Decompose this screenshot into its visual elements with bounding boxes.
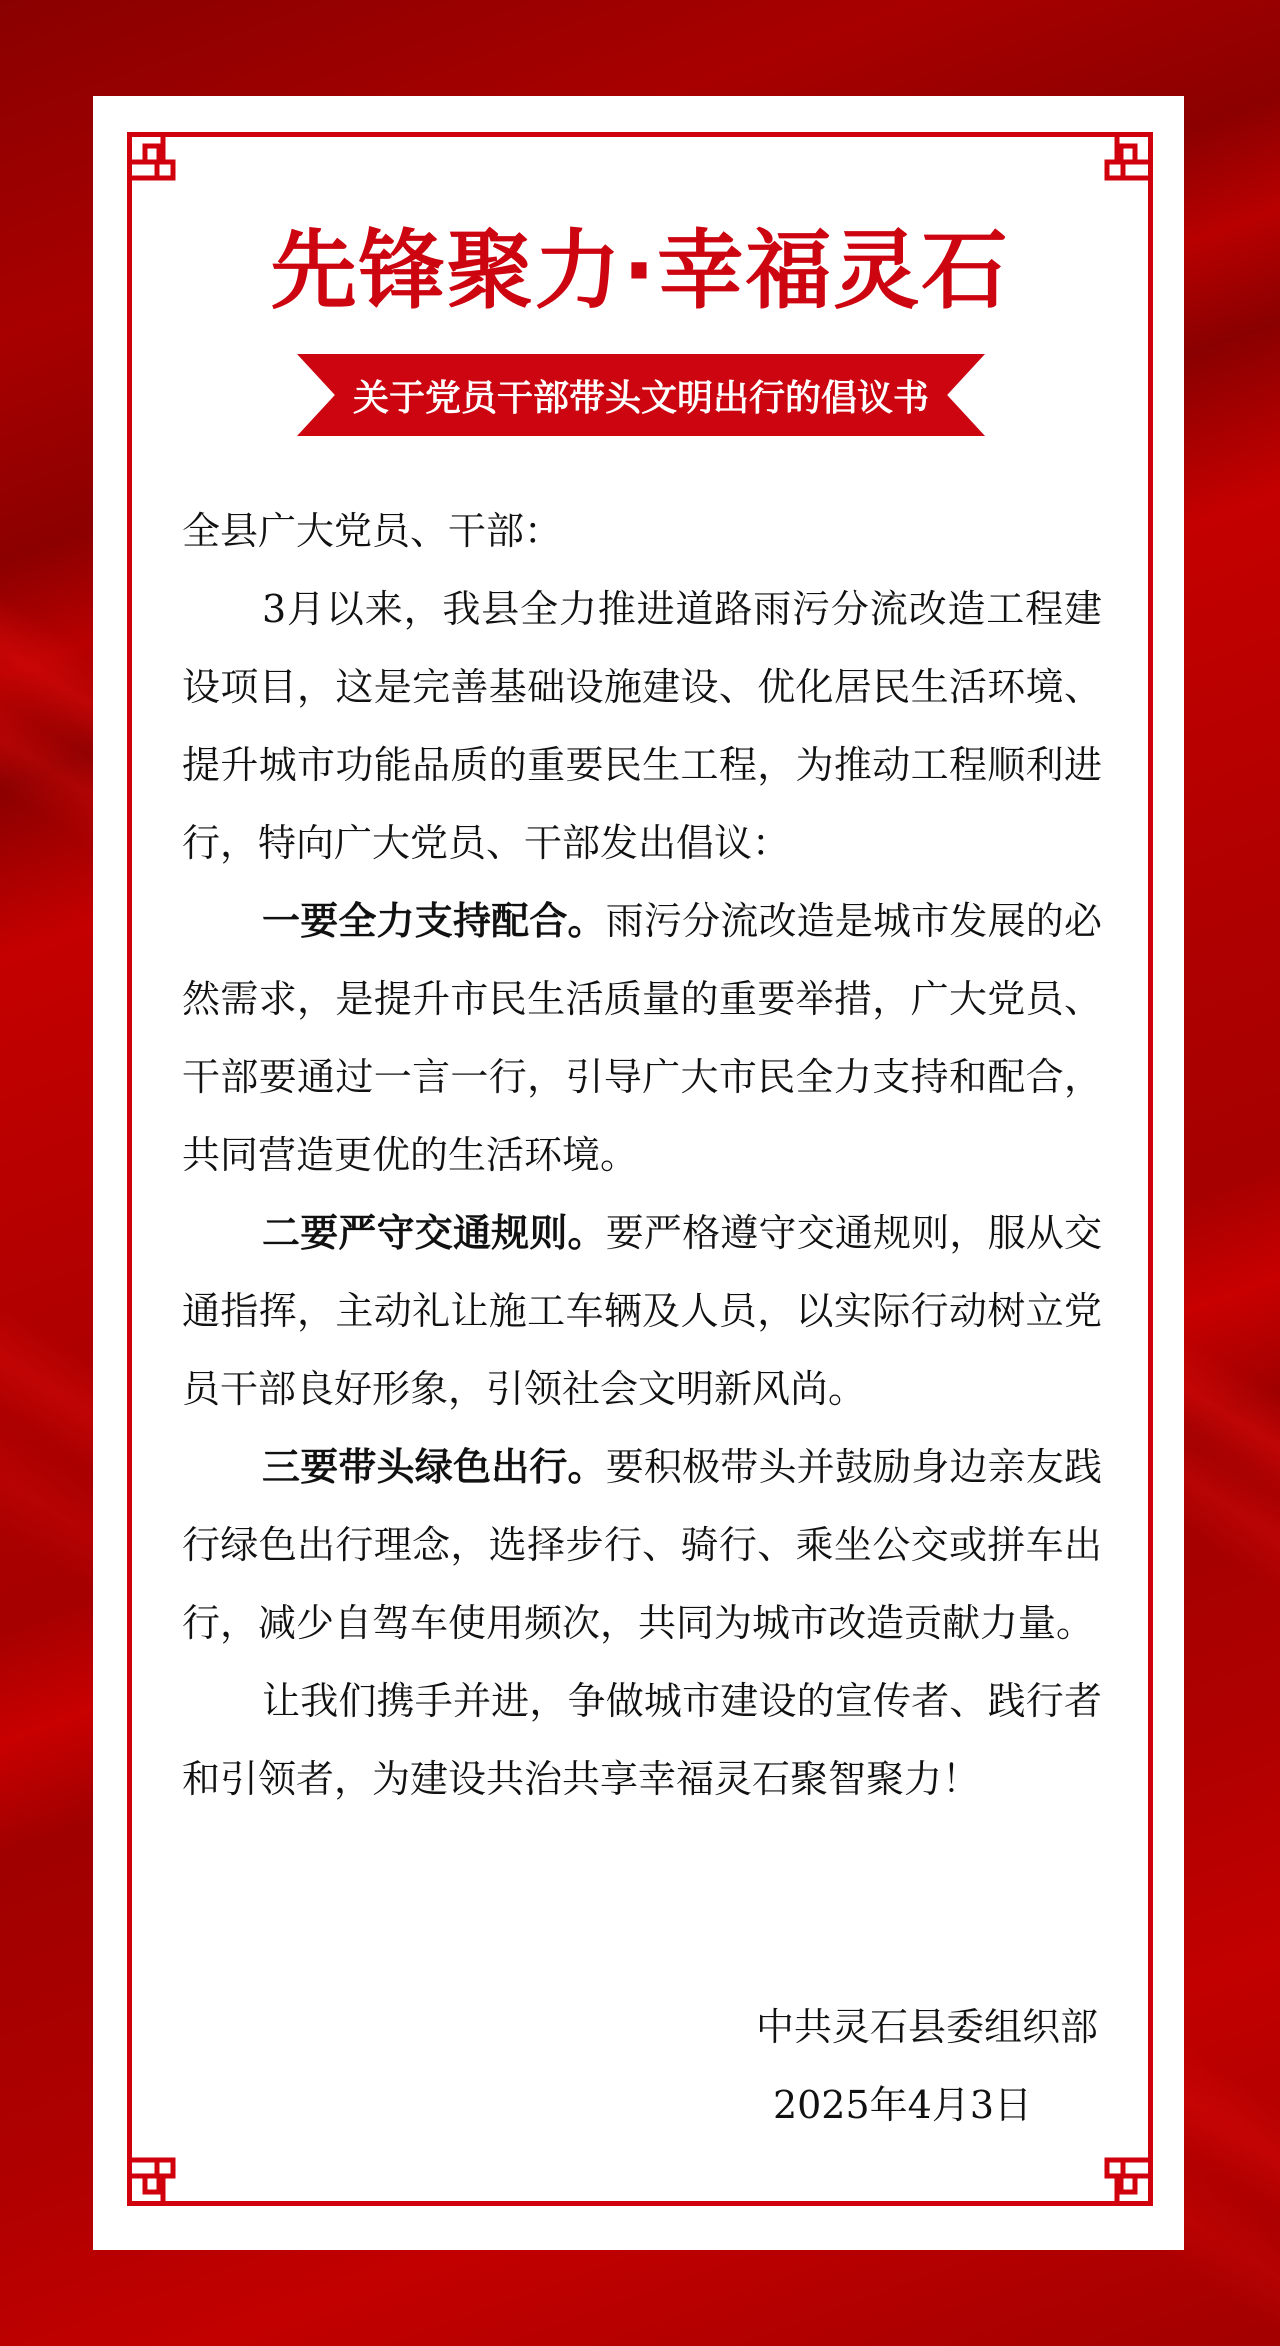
letter-body: 全县广大党员、干部： 3月以来，我县全力推进道路雨污分流改造工程建设项目，这是完… xyxy=(182,492,1102,1818)
point-heading: 三要带头绿色出行。 xyxy=(262,1445,606,1489)
signature-organization: 中共灵石县委组织部 xyxy=(756,1988,1098,2066)
subtitle-ribbon-text: 关于党员干部带头文明出行的倡议书 xyxy=(297,354,985,436)
point-paragraph-1: 一要全力支持配合。雨污分流改造是城市发展的必然需求，是提升市民生活质量的重要举措… xyxy=(182,882,1102,1194)
point-heading: 二要严守交通规则。 xyxy=(262,1211,606,1255)
chinese-knot-corner-icon xyxy=(1087,2140,1153,2206)
page-title: 先锋聚力·幸福灵石 xyxy=(0,216,1280,326)
point-heading: 一要全力支持配合。 xyxy=(262,899,606,943)
frame-right-line xyxy=(1148,196,1153,2140)
signature-block: 中共灵石县委组织部 2025年4月3日 xyxy=(756,1988,1098,2144)
chinese-knot-corner-icon xyxy=(127,132,193,198)
frame-bottom-line xyxy=(193,2201,1087,2206)
frame-top-line xyxy=(193,132,1087,137)
closing-paragraph: 让我们携手并进，争做城市建设的宣传者、践行者和引领者，为建设共治共享幸福灵石聚智… xyxy=(182,1662,1102,1818)
salutation: 全县广大党员、干部： xyxy=(182,492,1102,570)
frame-left-line xyxy=(127,196,132,2140)
chinese-knot-corner-icon xyxy=(127,2140,193,2206)
point-paragraph-2: 二要严守交通规则。要严格遵守交通规则，服从交通指挥，主动礼让施工车辆及人员，以实… xyxy=(182,1194,1102,1428)
intro-paragraph: 3月以来，我县全力推进道路雨污分流改造工程建设项目，这是完善基础设施建设、优化居… xyxy=(182,570,1102,882)
point-paragraph-3: 三要带头绿色出行。要积极带头并鼓励身边亲友践行绿色出行理念，选择步行、骑行、乘坐… xyxy=(182,1428,1102,1662)
signature-date: 2025年4月3日 xyxy=(756,2066,1032,2144)
chinese-knot-corner-icon xyxy=(1087,132,1153,198)
